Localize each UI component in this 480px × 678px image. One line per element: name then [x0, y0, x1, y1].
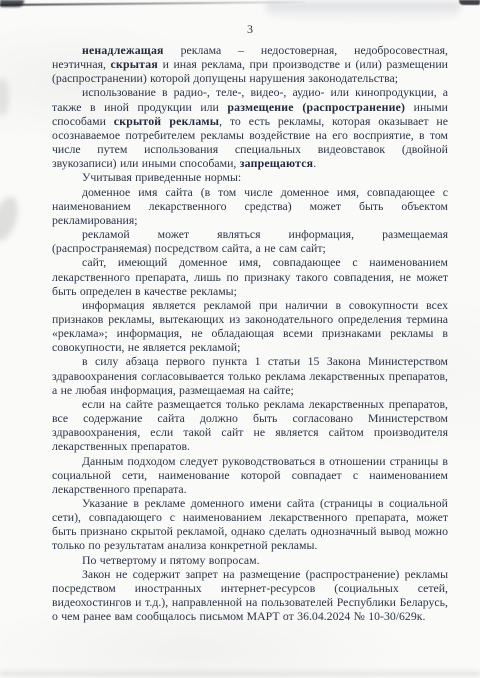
- page-number: 3: [52, 22, 448, 36]
- bold-run: скрытой рекламы: [114, 114, 219, 128]
- text-run: сайт, имеющий доменное имя, совпадающее …: [52, 255, 448, 297]
- paragraph: По четвертому и пятому вопросам.: [52, 553, 448, 567]
- text-run: в силу абзаца первого пункта 1 статьи 15…: [52, 354, 448, 396]
- text-run: .: [313, 156, 316, 170]
- paragraph: информация является рекламой при наличии…: [52, 298, 448, 355]
- scan-artifact-top-edge-line: [0, 1, 305, 6]
- paragraph: Данным подходом следует руководствоватьс…: [52, 454, 448, 496]
- paragraph: если на сайте размещается только реклама…: [52, 397, 448, 454]
- paragraph: Закон не содержит запрет на размещение (…: [52, 567, 448, 624]
- text-run: если на сайте размещается только реклама…: [52, 397, 448, 453]
- scan-artifact-left-smudge-2: [0, 194, 23, 245]
- text-run: По четвертому и пятому вопросам.: [82, 553, 260, 567]
- bold-run: скрытая: [111, 57, 158, 71]
- paragraph: в силу абзаца первого пункта 1 статьи 15…: [52, 354, 448, 396]
- scan-artifact-top-smudge: [266, 2, 460, 24]
- paragraph: ненадлежащая реклама – недостоверная, не…: [52, 43, 448, 85]
- scan-artifact-bottom-band: [0, 668, 480, 676]
- paragraph: Указание в рекламе доменного имени сайта…: [52, 496, 448, 553]
- paragraph: доменное имя сайта (в том числе доменное…: [52, 185, 448, 227]
- paragraph: Учитывая приведенные нормы:: [52, 170, 448, 184]
- document-body: ненадлежащая реклама – недостоверная, не…: [52, 43, 448, 623]
- scanned-document-page: { "colors": { "paper": "#fafaf9", "ink":…: [0, 0, 480, 678]
- scan-artifact-top-left-corner: [0, 0, 24, 7]
- bold-run: ненадлежащая: [82, 43, 164, 57]
- text-run: доменное имя сайта (в том числе доменное…: [52, 185, 448, 227]
- text-run: Учитывая приведенные нормы:: [82, 170, 241, 184]
- text-run: Указание в рекламе доменного имени сайта…: [52, 496, 448, 552]
- paragraph: рекламой может являться информация, разм…: [52, 227, 448, 255]
- paragraph: использование в радио-, теле-, видео-, а…: [52, 85, 448, 170]
- scan-artifact-left-smudge-1: [0, 78, 9, 116]
- text-run: рекламой может являться информация, разм…: [52, 227, 448, 255]
- text-run: Данным подходом следует руководствоватьс…: [52, 454, 448, 496]
- bold-run: размещение (распространение): [227, 100, 405, 114]
- bold-run: запрещаются: [240, 156, 314, 170]
- text-run: Закон не содержит запрет на размещение (…: [52, 567, 448, 623]
- paragraph: сайт, имеющий доменное имя, совпадающее …: [52, 255, 448, 297]
- scan-artifact-top-right-corner: [459, 0, 480, 5]
- text-run: информация является рекламой при наличии…: [52, 298, 448, 354]
